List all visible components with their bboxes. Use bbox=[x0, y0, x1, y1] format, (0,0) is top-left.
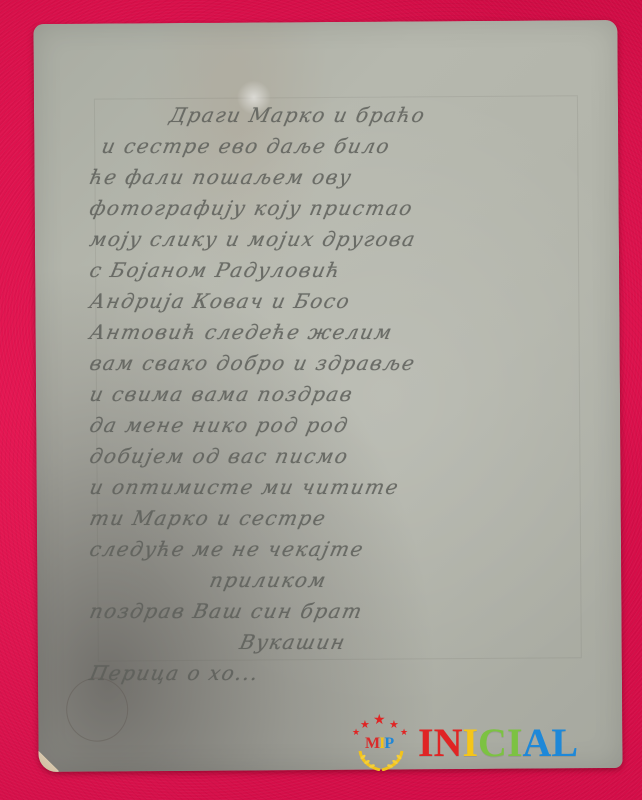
logo-wordmark: INICIAL bbox=[418, 723, 578, 763]
letter-line: ти Марко и сестре bbox=[87, 503, 574, 534]
letter-line: Андрија Ковач и Босо bbox=[87, 286, 574, 317]
watermark-logo: ★ ★ ★ ★ ★ MIP INICIAL bbox=[352, 710, 578, 776]
signature: Вукашин bbox=[87, 627, 574, 658]
handwritten-letter: Драги Марко и браћо и сестре ево даље би… bbox=[90, 100, 570, 689]
letter-line: Перица о хо... bbox=[87, 658, 574, 689]
letter-line: да мене нико род род bbox=[87, 410, 574, 441]
letter-line: и свима вама поздрав bbox=[87, 379, 574, 410]
letter-line: вам свако добро и здравље bbox=[87, 348, 574, 379]
letter-line: моју слику и мојих другова bbox=[87, 224, 574, 255]
letter-line: следуће ме не чекајте bbox=[87, 534, 574, 565]
worn-corner bbox=[38, 750, 58, 772]
letter-line: добијем од вас писмо bbox=[87, 441, 574, 472]
logo-emblem: ★ ★ ★ ★ ★ MIP bbox=[352, 713, 410, 773]
letter-line: и сестре ево даље било bbox=[87, 131, 574, 162]
letter-line: Драги Марко и браћо bbox=[87, 100, 574, 131]
laurel-wreath-icon bbox=[358, 749, 404, 771]
letter-line: приликом bbox=[87, 565, 574, 596]
letter-line: с Бојаном Радуловић bbox=[87, 255, 574, 286]
letter-line: поздрав Ваш син брат bbox=[87, 596, 574, 627]
letter-line: фотографију коју пристао bbox=[87, 193, 574, 224]
letter-line: Антовић следеће желим bbox=[87, 317, 574, 348]
letter-line: ће фали пошаљем ову bbox=[87, 162, 574, 193]
letter-line: и оптимисте ми читите bbox=[87, 472, 574, 503]
